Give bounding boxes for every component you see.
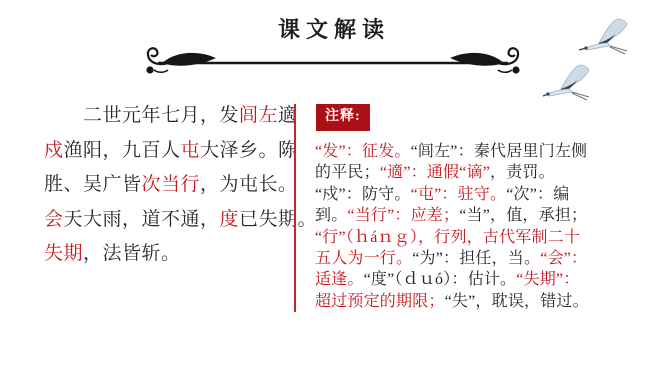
regular-text: “度”（ｄｕó）：估计。 <box>364 271 517 288</box>
regular-text: “为”：担任，当。 <box>412 250 540 267</box>
regular-text: 大泽乡。陈 <box>200 140 298 161</box>
highlighted-term: 失期 <box>44 243 83 264</box>
regular-text: “闾左”：秦代居里门左侧 <box>411 143 588 160</box>
regular-text: “戍”：防守。 <box>315 186 411 203</box>
regular-text: 已失期。 <box>239 209 317 230</box>
text-line: 五人为一行。“为”：担任，当。“会”： <box>315 248 655 269</box>
text-line: “发”：征发。“闾左”：秦代居里门左侧 <box>315 141 655 162</box>
highlighted-term: 次当行 <box>142 174 201 195</box>
regular-text: 二世元年七月，发 <box>44 105 239 126</box>
divider-left-flourish <box>146 48 216 73</box>
regular-text: 渔阳，九百人 <box>64 140 181 161</box>
highlighted-term: “会”： <box>540 250 587 267</box>
regular-text: ，责罚。 <box>490 164 555 181</box>
crane-top <box>579 19 627 54</box>
flying-cranes-icon <box>543 10 663 110</box>
regular-text: “失”，耽误，错过。 <box>445 293 589 310</box>
annotation-label: 注释: <box>316 104 370 131</box>
highlighted-term: “发”：征发。 <box>315 143 411 160</box>
text-line: 会天大雨，道不通，度已失期。 <box>44 203 296 238</box>
ornamental-divider-icon <box>142 42 524 80</box>
highlighted-term: “適”：通假“谪” <box>380 164 490 181</box>
highlighted-term: 会 <box>44 209 64 230</box>
highlighted-term: 屯 <box>181 140 201 161</box>
crane-bottom <box>543 65 589 100</box>
text-line: “戍”：防守。“屯”：驻守。“次”：编 <box>315 184 655 205</box>
highlighted-term: 戍 <box>44 140 64 161</box>
regular-text: 天大雨，道不通， <box>64 209 220 230</box>
text-line: “行”（ｈáｎｇ），行列，古代军制二十 <box>315 227 655 248</box>
text-line: 到。“当行”：应差；“当”，值，承担； <box>315 205 655 226</box>
text-line: 二世元年七月，发闾左適 <box>44 99 296 134</box>
regular-text: 胜、吴广皆 <box>44 174 142 195</box>
regular-text: 的平民； <box>315 164 380 181</box>
highlighted-term: 闾左 <box>239 105 278 126</box>
vertical-divider <box>294 104 296 312</box>
divider-right-flourish <box>450 48 520 73</box>
regular-text: “当”，值，承担； <box>459 207 587 224</box>
highlighted-term: 五人为一行。 <box>315 250 412 267</box>
text-line: 胜、吴广皆次当行，为屯长。 <box>44 168 296 203</box>
text-line: 失期，法皆斩。 <box>44 237 296 272</box>
slide-canvas: 课文解读 <box>0 0 668 376</box>
text-line: 戍渔阳，九百人屯大泽乡。陈 <box>44 134 296 169</box>
regular-text: 到。 <box>315 207 347 224</box>
text-line: 适逢。“度”（ｄｕó）：估计。“失期”： <box>315 269 655 290</box>
regular-text: ，为屯长。 <box>200 174 298 195</box>
regular-text: “次”：编 <box>506 186 569 203</box>
regular-text: ，法皆斩。 <box>83 243 181 264</box>
highlighted-term: 度 <box>220 209 240 230</box>
passage-text: 二世元年七月，发闾左適戍渔阳，九百人屯大泽乡。陈胜、吴广皆次当行，为屯长。会天大… <box>44 99 296 272</box>
annotation-text: “发”：征发。“闾左”：秦代居里门左侧的平民；“適”：通假“谪”，责罚。“戍”：… <box>315 141 655 312</box>
highlighted-term: “屯”：驻守。 <box>411 186 507 203</box>
highlighted-term: “行”（ｈáｎｇ），行列，古代军制二十 <box>315 229 580 246</box>
highlighted-term: 适逢。 <box>315 271 364 288</box>
highlighted-term: “当行”：应差； <box>347 207 459 224</box>
text-line: 超过预定的期限；“失”，耽误，错过。 <box>315 291 655 312</box>
highlighted-term: 超过预定的期限； <box>315 293 445 310</box>
text-line: 的平民；“適”：通假“谪”，责罚。 <box>315 162 655 183</box>
highlighted-term: “失期”： <box>516 271 579 288</box>
